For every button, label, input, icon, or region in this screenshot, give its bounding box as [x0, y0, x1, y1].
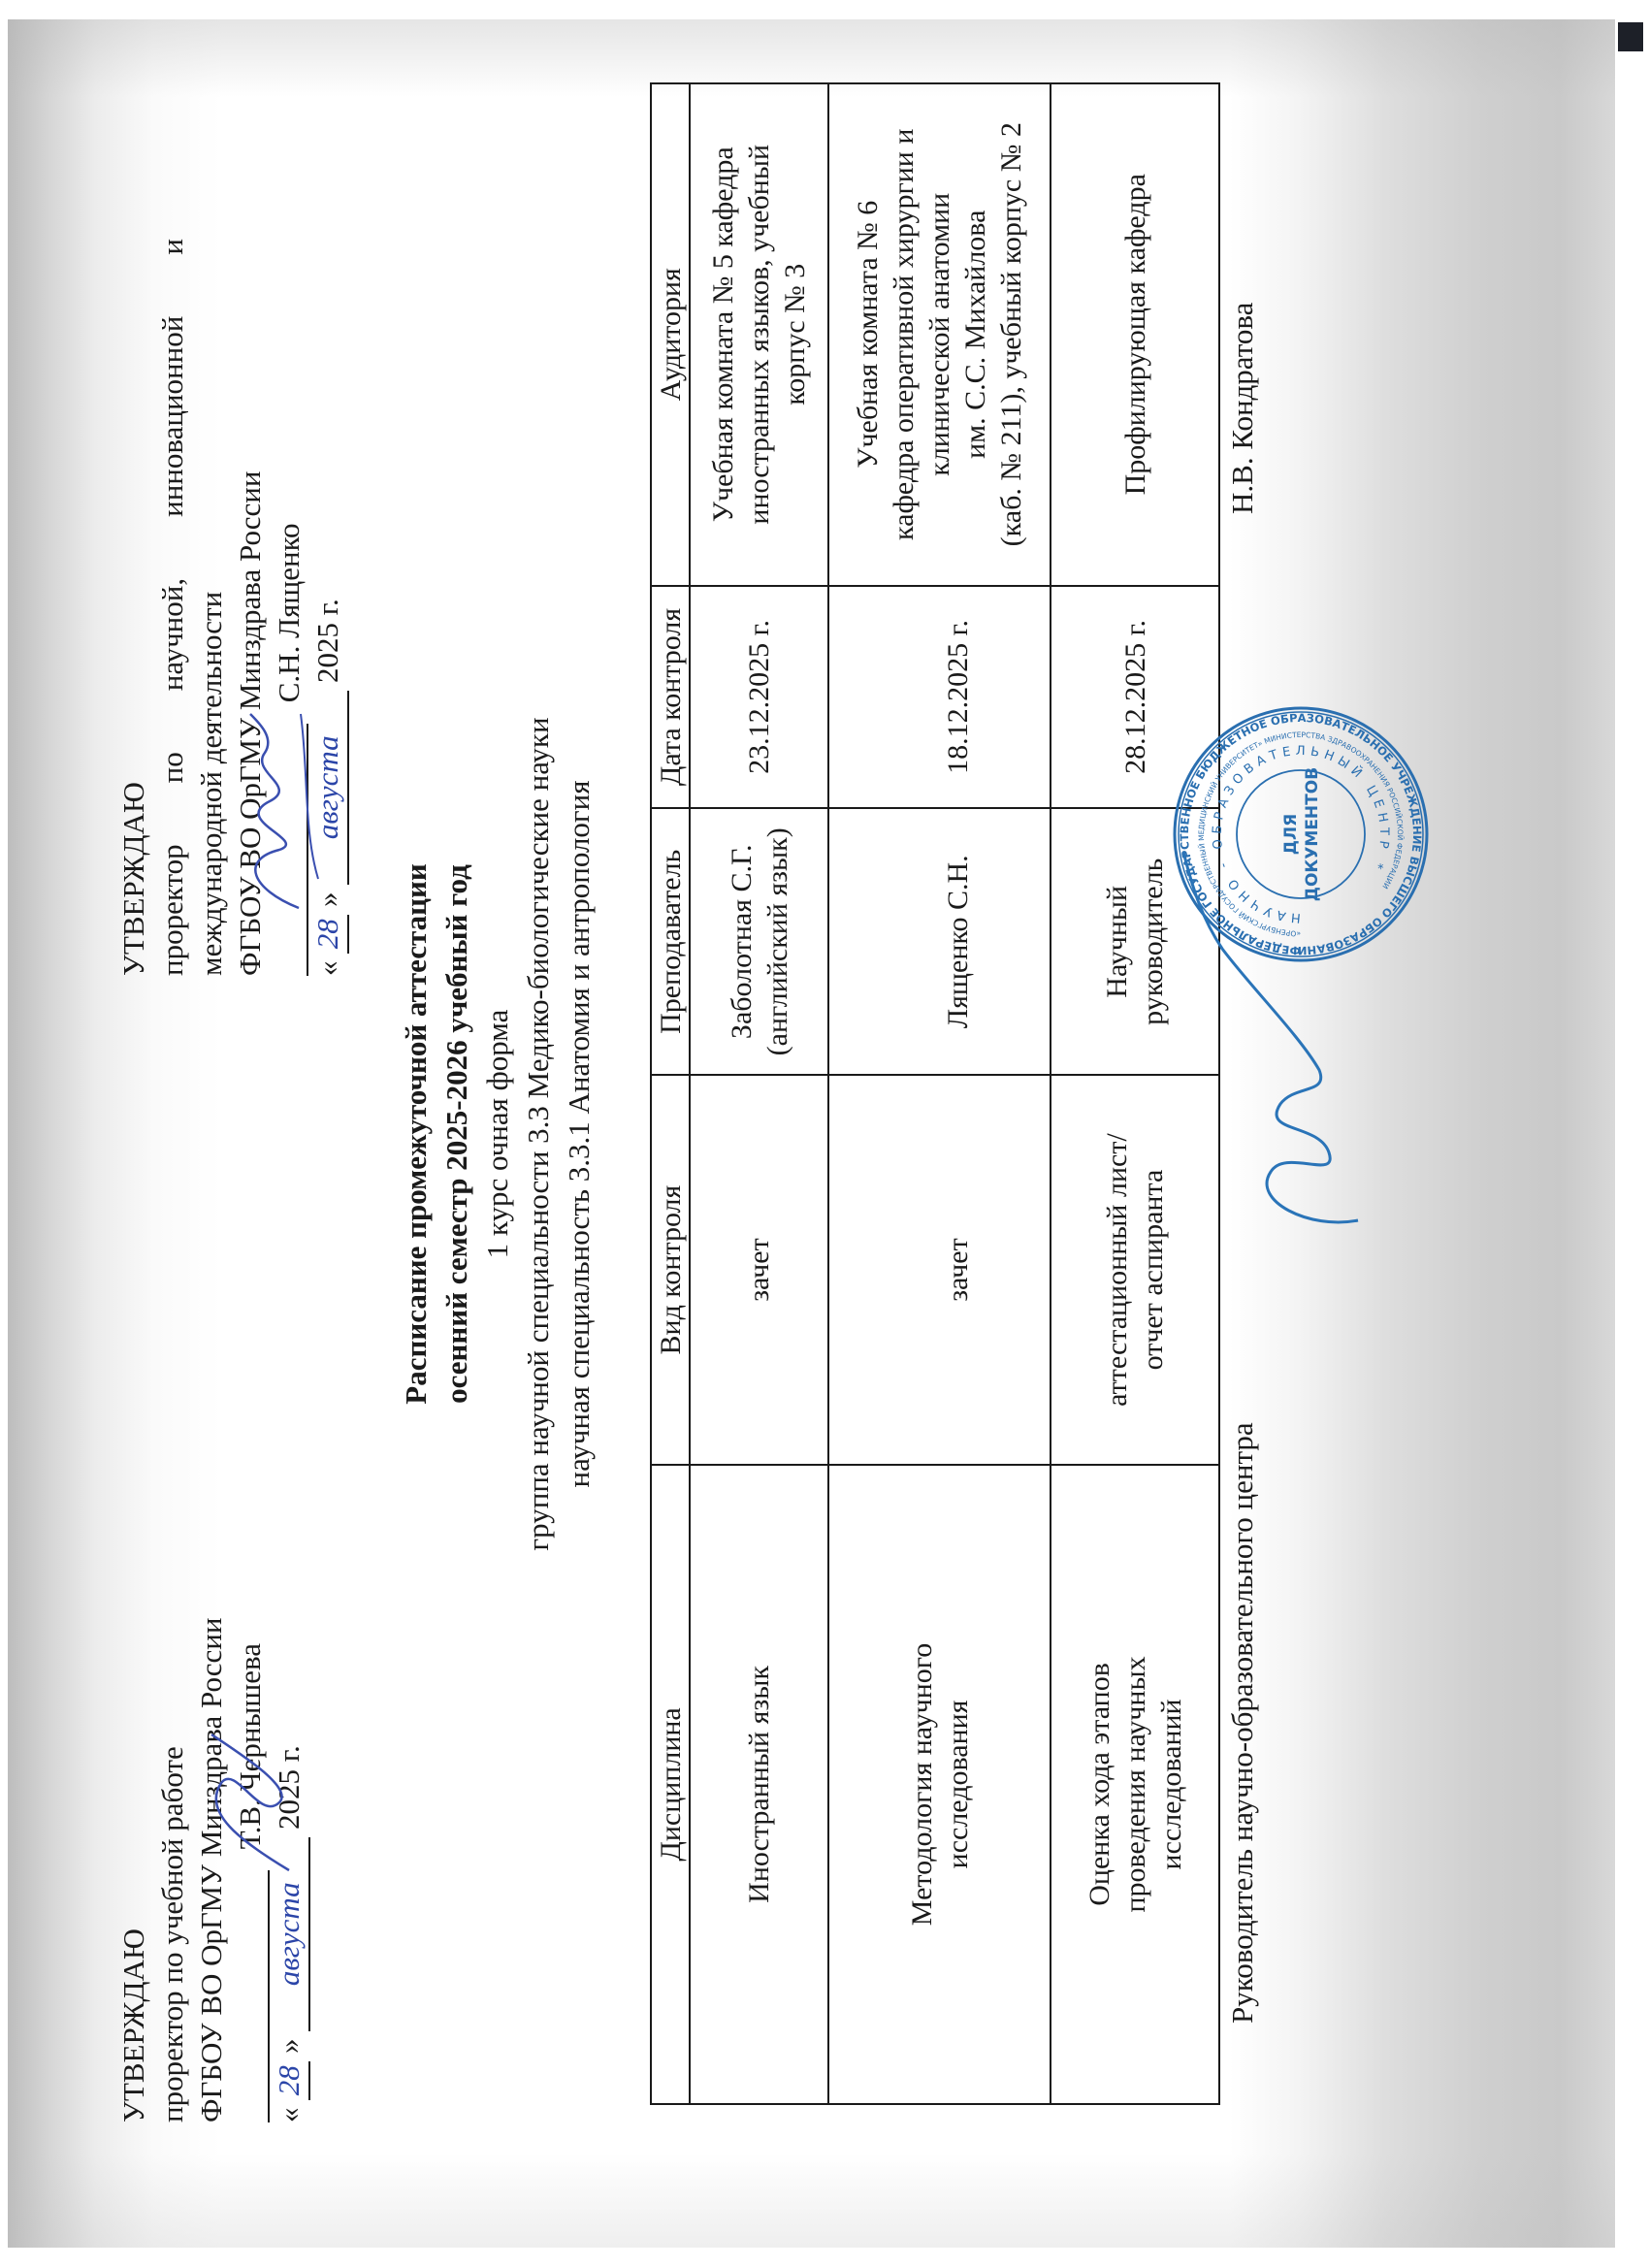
document-specialty: научная специальность 3.3.1 Анатомия и а…: [559, 0, 599, 2268]
cell-text: Заболотная С.Г.: [724, 815, 760, 1068]
cell-room: Учебная комната № 6 кафедра оперативной …: [828, 83, 1051, 586]
position-word: проректор: [153, 844, 192, 976]
approval-heading: УТВЕРЖДАЮ: [114, 239, 153, 976]
table-row: Методология научного исследования зачет …: [828, 83, 1051, 2104]
cell-text: зачет: [940, 1082, 976, 1458]
cell-text: исследования: [940, 1472, 976, 2097]
cell-date: 18.12.2025 г.: [828, 586, 1051, 809]
cell-text: Иностранный язык: [741, 1472, 777, 2097]
document-page: УТВЕРЖДАЮ проректор по учебной работе ФГ…: [0, 0, 1649, 2268]
position-word: научной,: [153, 578, 192, 691]
document-semester: осенний семестр 2025-2026 учебный год: [436, 0, 477, 2268]
approval-heading: УТВЕРЖДАЮ: [114, 1385, 153, 2122]
cell-text: Оценка хода этапов: [1082, 1472, 1117, 2097]
cell-text: кафедра оперативной хирургии и: [886, 90, 921, 579]
footer-role: Руководитель научно-образовательного цен…: [1224, 1422, 1260, 2024]
table-row: Иностранный язык зачет Заболотная С.Г. (…: [690, 83, 828, 2104]
footer-name: Н.В. Кондратова: [1224, 303, 1260, 514]
date-open-quote: «: [272, 2108, 306, 2123]
header-teacher: Преподаватель: [651, 808, 690, 1075]
date-close-quote: »: [272, 2039, 306, 2055]
cell-text: проведения научных: [1117, 1472, 1153, 2097]
cell-teacher: Заболотная С.Г. (английский язык): [690, 808, 828, 1075]
cell-text: зачет: [741, 1082, 777, 1458]
cell-text: исследований: [1153, 1472, 1189, 2097]
position-word: инновационной: [153, 316, 192, 517]
document-title: Расписание промежуточной аттестации: [396, 0, 436, 2268]
cell-text: (каб. № 211), учебный корпус № 2: [993, 90, 1029, 579]
cell-text: клинической анатомии: [921, 90, 957, 579]
approval-block-left: УТВЕРЖДАЮ проректор по учебной работе ФГ…: [114, 1385, 310, 2122]
date-year: 2025 г.: [310, 599, 344, 683]
cell-text: Учебная комната № 6: [850, 90, 886, 579]
cell-text: Учебная комната № 5 кафедра: [705, 90, 741, 579]
approval-signatory: С.Н. Лященко: [272, 523, 306, 702]
cell-text: (английский язык): [760, 815, 795, 1068]
document-course: 1 курс очная форма: [477, 0, 518, 2268]
header-discipline: Дисциплина: [651, 1465, 690, 2104]
handwritten-signature-left: [182, 1725, 308, 1880]
handwritten-signature-right: [211, 704, 328, 918]
cell-text: Профилирующая кафедра: [1117, 90, 1153, 579]
position-word: по: [153, 752, 192, 783]
cell-text: Лященко С.Н.: [940, 815, 976, 1068]
approval-position: проректор по научной, инновационной и: [153, 239, 192, 976]
cell-discipline: Иностранный язык: [690, 1465, 828, 2104]
cell-date: 23.12.2025 г.: [690, 586, 828, 809]
cell-text: им. С.С. Михайлова: [957, 90, 993, 579]
cell-room: Профилирующая кафедра: [1051, 83, 1219, 586]
cell-teacher: Лященко С.Н.: [828, 808, 1051, 1075]
cell-discipline: Методология научного исследования: [828, 1465, 1051, 2104]
cell-control-type: зачет: [828, 1075, 1051, 1465]
cell-text: Методология научного: [904, 1472, 940, 2097]
cell-text: 28.12.2025 г.: [1117, 593, 1153, 802]
date-day: 28: [270, 2061, 310, 2100]
cell-text: иностранных языков, учебный: [741, 90, 777, 579]
header-date: Дата контроля: [651, 586, 690, 809]
position-word: и: [153, 239, 192, 255]
cell-control-type: зачет: [690, 1075, 828, 1465]
cell-text: Научный: [1099, 815, 1135, 1068]
handwritten-signature-footer: [1164, 832, 1377, 1240]
cell-text: 23.12.2025 г.: [741, 593, 777, 802]
date-open-quote: «: [310, 961, 344, 977]
cell-text: аттестационный лист/: [1099, 1082, 1135, 1458]
cell-room: Учебная комната № 5 кафедра иностранных …: [690, 83, 828, 586]
document-title-block: Расписание промежуточной аттестации осен…: [396, 0, 599, 2268]
date-day: 28: [308, 915, 349, 954]
attestation-schedule-table: Дисциплина Вид контроля Преподаватель Да…: [650, 82, 1220, 2105]
table-header-row: Дисциплина Вид контроля Преподаватель Да…: [651, 83, 690, 2104]
cell-discipline: Оценка хода этапов проведения научных ис…: [1051, 1465, 1219, 2104]
header-room: Аудитория: [651, 83, 690, 586]
header-control-type: Вид контроля: [651, 1075, 690, 1465]
approval-block-right: УТВЕРЖДАЮ проректор по научной, инноваци…: [114, 239, 349, 976]
cell-text: 18.12.2025 г.: [940, 593, 976, 802]
cell-text: корпус № 3: [777, 90, 813, 579]
signature-line: [239, 1870, 270, 2122]
document-group: группа научной специальности 3.3 Медико-…: [518, 0, 559, 2268]
